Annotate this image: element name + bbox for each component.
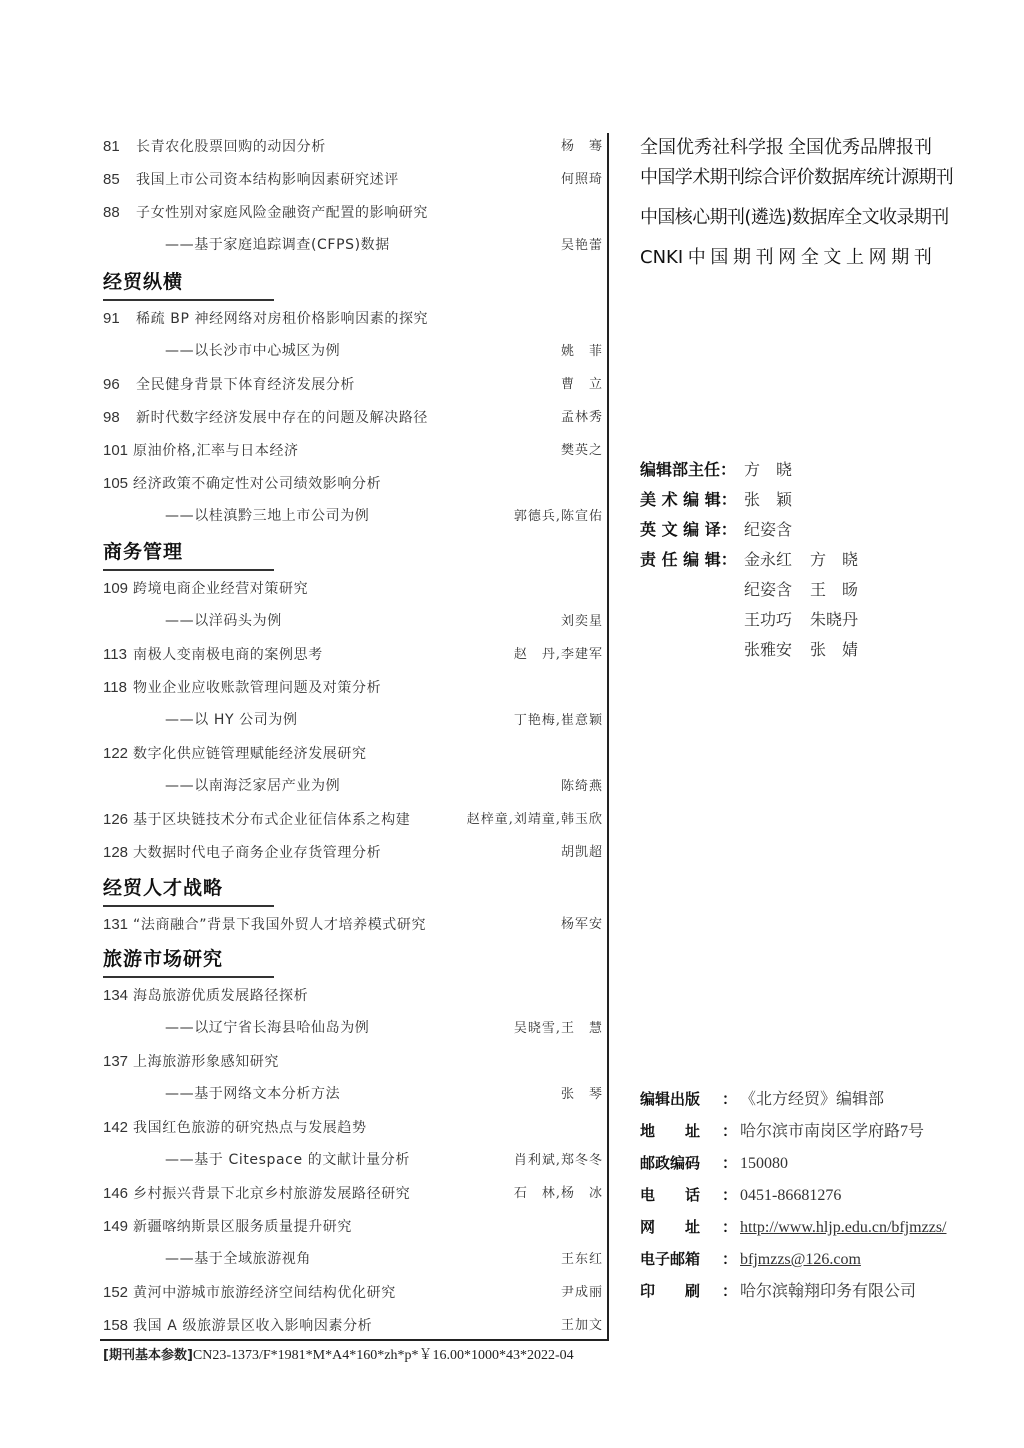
staff-name: 纪姿含 <box>744 515 810 545</box>
toc-entry[interactable]: 152黄河中游城市旅游经济空间结构优化研究 尹成丽 <box>103 1276 603 1309</box>
toc-entry[interactable]: 96全民健身背景下体育经济发展分析 曹 立 <box>103 368 603 401</box>
staff-row: 编辑部主任：方 晓 <box>640 455 810 485</box>
article-title: “法商融合”背景下我国外贸人才培养模式研究 <box>133 909 426 942</box>
parameters-label: [期刊基本参数] <box>103 1348 193 1363</box>
honor-line: 全国优秀社科学报 全国优秀品牌报刊 <box>640 133 932 163</box>
staff-role: 编辑部主任： <box>640 455 744 485</box>
publisher-row: 电子邮箱：bfjmzzs@126.com <box>640 1243 861 1275</box>
article-title: 上海旅游形象感知研究 <box>133 1046 279 1079</box>
page-number: 98 <box>103 401 136 434</box>
staff-name: 张雅安 <box>744 635 810 665</box>
article-author: 王加文 <box>561 1309 603 1342</box>
article-author: 胡凯超 <box>561 836 603 869</box>
label-colon: ： <box>722 1211 740 1243</box>
toc-entry-subtitle[interactable]: ——以辽宁省长海县哈仙岛为例 吴晓雪,王 慧 <box>103 1012 603 1045</box>
article-author: 姚 菲 <box>561 335 603 368</box>
article-subtitle: ——以长沙市中心城区为例 <box>103 335 340 368</box>
article-title: 全民健身背景下体育经济发展分析 <box>136 369 355 402</box>
honor-line: CNKI 中 国 期 刊 网 全 文 上 网 期 刊 <box>640 243 932 273</box>
toc-entry-subtitle[interactable]: ——基于网络文本分析方法 张 琴 <box>103 1078 603 1111</box>
toc-entry[interactable]: 134海岛旅游优质发展路径探析 <box>103 979 603 1012</box>
toc-entry[interactable]: 98新时代数字经济发展中存在的问题及解决路径 孟林秀 <box>103 401 603 434</box>
section-heading: 商务管理 <box>103 537 183 567</box>
article-subtitle: ——基于家庭追踪调查(CFPS)数据 <box>103 229 390 262</box>
staff-row: 英 文 编 译：纪姿含 <box>640 515 810 545</box>
page-number: 142 <box>103 1111 133 1144</box>
page-number: 128 <box>103 836 133 869</box>
printer-value: 哈尔滨翰翔印务有限公司 <box>740 1276 916 1308</box>
section-heading: 经贸纵横 <box>103 267 183 297</box>
page-number: 96 <box>103 368 136 401</box>
toc-entry[interactable]: 105经济政策不确定性对公司绩效影响分析 <box>103 467 603 500</box>
article-author: 刘奕星 <box>561 605 603 638</box>
staff-name: 张 颖 <box>744 485 810 515</box>
toc-entry[interactable]: 113南极人变南极电商的案例思考 赵 丹,李建军 <box>103 638 603 671</box>
article-author: 吴艳蕾 <box>561 229 603 262</box>
article-author: 何照琦 <box>561 163 603 196</box>
section-rule <box>103 905 274 907</box>
label-colon: ： <box>722 1147 740 1179</box>
publisher-label: 地 址 <box>640 1115 722 1147</box>
article-author: 吴晓雪,王 慧 <box>514 1012 603 1045</box>
publisher-label: 网 址 <box>640 1211 722 1243</box>
article-title: 黄河中游城市旅游经济空间结构优化研究 <box>133 1277 396 1310</box>
label-colon: ： <box>722 1275 740 1307</box>
article-author: 赵梓童,刘靖童,韩玉欣 <box>467 803 603 836</box>
article-title: 经济政策不确定性对公司绩效影响分析 <box>133 468 381 501</box>
phone-value: 0451-86681276 <box>740 1180 841 1212</box>
toc-entry[interactable]: 142我国红色旅游的研究热点与发展趋势 <box>103 1111 603 1144</box>
staff-name: 王 旸 <box>810 575 876 605</box>
toc-entry[interactable]: 118物业企业应收账款管理问题及对策分析 <box>103 671 603 704</box>
page-number: 81 <box>103 130 136 163</box>
article-author: 王东红 <box>561 1243 603 1276</box>
article-subtitle: ——以南海泛家居产业为例 <box>103 770 340 803</box>
label-colon: ： <box>722 1243 740 1275</box>
article-author: 赵 丹,李建军 <box>514 638 603 671</box>
toc-entry-subtitle[interactable]: ——以长沙市中心城区为例 姚 菲 <box>103 335 603 368</box>
article-author: 石 林,杨 冰 <box>514 1177 603 1210</box>
publisher-label: 邮政编码 <box>640 1147 722 1179</box>
page-number: 85 <box>103 163 136 196</box>
staff-row: 张雅安张 婧 <box>640 635 876 665</box>
article-title: 南极人变南极电商的案例思考 <box>133 639 323 672</box>
page-number: 105 <box>103 467 133 500</box>
staff-name: 方 晓 <box>744 455 810 485</box>
article-title: 乡村振兴背景下北京乡村旅游发展路径研究 <box>133 1178 410 1211</box>
honor-item: 全国优秀品牌报刊 <box>788 133 932 163</box>
toc-entry[interactable]: 128大数据时代电子商务企业存货管理分析 胡凯超 <box>103 836 603 869</box>
article-subtitle: ——基于 Citespace 的文献计量分析 <box>103 1144 410 1177</box>
page-number: 109 <box>103 572 133 605</box>
article-author: 樊英之 <box>561 434 603 467</box>
honor-char: 刊 <box>914 243 932 273</box>
honor-char: 期 <box>891 243 909 273</box>
staff-row: 美 术 编 辑：张 颖 <box>640 485 810 515</box>
page-number: 146 <box>103 1177 133 1210</box>
honor-line: 中国核心期刊(遴选)数据库全文收录期刊 <box>640 203 932 233</box>
publisher-row: 邮政编码：150080 <box>640 1147 788 1179</box>
article-title: 稀疏 BP 神经网络对房租价格影响因素的探究 <box>136 303 428 336</box>
toc-entry-subtitle[interactable]: ——基于家庭追踪调查(CFPS)数据 吴艳蕾 <box>103 229 603 262</box>
section-rule <box>103 299 274 301</box>
article-title: 大数据时代电子商务企业存货管理分析 <box>133 837 381 870</box>
article-title: 我国 A 级旅游景区收入影响因素分析 <box>133 1310 372 1343</box>
staff-row: 王功巧朱晓丹 <box>640 605 876 635</box>
article-author: 郭德兵,陈宣佑 <box>514 500 603 533</box>
page-number: 152 <box>103 1276 133 1309</box>
article-author: 陈绮燕 <box>561 770 603 803</box>
section-heading: 经贸人才战略 <box>103 873 223 903</box>
section-rule <box>103 976 274 978</box>
publisher-label: 电 话 <box>640 1179 722 1211</box>
toc-entry[interactable]: 101原油价格,汇率与日本经济 樊英之 <box>103 434 603 467</box>
staff-name: 纪姿含 <box>744 575 810 605</box>
staff-role: 美 术 编 辑： <box>640 485 744 515</box>
toc-entry[interactable]: 85我国上市公司资本结构影响因素研究述评 何照琦 <box>103 163 603 196</box>
page-number: 113 <box>103 638 133 671</box>
article-title: 基于区块链技术分布式企业征信体系之构建 <box>133 804 410 837</box>
article-author: 张 琴 <box>561 1078 603 1111</box>
toc-entry-subtitle[interactable]: ——以桂滇黔三地上市公司为例 郭德兵,陈宣佑 <box>103 500 603 533</box>
label-colon: ： <box>722 1115 740 1147</box>
toc-entry[interactable]: 149新疆喀纳斯景区服务质量提升研究 <box>103 1210 603 1243</box>
publisher-row: 电 话：0451-86681276 <box>640 1179 841 1211</box>
staff-name: 金永红 <box>744 545 810 575</box>
page-number: 134 <box>103 979 133 1012</box>
article-title: 新时代数字经济发展中存在的问题及解决路径 <box>136 402 428 435</box>
toc-entry[interactable]: 81长青农化股票回购的动因分析 杨 骞 <box>103 130 603 163</box>
staff-row: 纪姿含王 旸 <box>640 575 876 605</box>
staff-name: 王功巧 <box>744 605 810 635</box>
label-colon: ： <box>722 1083 740 1115</box>
article-author: 肖利斌,郑冬冬 <box>514 1144 603 1177</box>
article-subtitle: ——以桂滇黔三地上市公司为例 <box>103 500 369 533</box>
publisher-label: 印 刷 <box>640 1275 722 1307</box>
toc-entry-subtitle[interactable]: ——以南海泛家居产业为例 陈绮燕 <box>103 770 603 803</box>
article-subtitle: ——以洋码头为例 <box>103 605 282 638</box>
page-number: 122 <box>103 737 133 770</box>
journal-parameters: [期刊基本参数]CN23-1373/F*1981*M*A4*160*zh*p*￥… <box>103 1344 574 1368</box>
honor-char: 上 <box>846 243 864 273</box>
toc-entry[interactable]: 126基于区块链技术分布式企业征信体系之构建 赵梓童,刘靖童,韩玉欣 <box>103 803 603 836</box>
honor-char: 全 <box>801 243 819 273</box>
postcode-value: 150080 <box>740 1148 788 1180</box>
publisher-label: 编辑出版 <box>640 1083 722 1115</box>
article-author: 丁艳梅,崔意颖 <box>514 704 603 737</box>
staff-name: 张 婧 <box>810 635 876 665</box>
article-title: 我国上市公司资本结构影响因素研究述评 <box>136 164 399 197</box>
toc-entry-subtitle[interactable]: ——基于全域旅游视角 王东红 <box>103 1243 603 1276</box>
article-title: 原油价格,汇率与日本经济 <box>133 435 299 468</box>
article-title: 子女性别对家庭风险金融资产配置的影响研究 <box>136 197 428 230</box>
page-number: 88 <box>103 196 136 229</box>
staff-role: 英 文 编 译： <box>640 515 744 545</box>
article-author: 孟林秀 <box>561 401 603 434</box>
toc-entry[interactable]: 88子女性别对家庭风险金融资产配置的影响研究 <box>103 196 603 229</box>
honor-char: 刊 <box>756 243 774 273</box>
toc-entry[interactable]: 109跨境电商企业经营对策研究 <box>103 572 603 605</box>
article-subtitle: ——基于网络文本分析方法 <box>103 1078 340 1111</box>
publisher-value: 《北方经贸》编辑部 <box>740 1084 884 1116</box>
page-number: 158 <box>103 1309 133 1342</box>
honor-char: 国 <box>710 243 728 273</box>
publisher-row: 网 址：http://www.hljp.edu.cn/bfjmzzs/ <box>640 1211 946 1243</box>
article-title: 海岛旅游优质发展路径探析 <box>133 980 308 1013</box>
parameters-value: CN23-1373/F*1981*M*A4*160*zh*p*￥16.00*10… <box>193 1348 574 1363</box>
article-title: 我国红色旅游的研究热点与发展趋势 <box>133 1112 367 1145</box>
label-colon: ： <box>722 1179 740 1211</box>
honor-line: 中国学术期刊综合评价数据库统计源期刊 <box>640 163 932 193</box>
publisher-label: 电子邮箱 <box>640 1243 722 1275</box>
toc-entry[interactable]: 91稀疏 BP 神经网络对房租价格影响因素的探究 <box>103 302 603 335</box>
staff-role: 责 任 编 辑： <box>640 545 744 575</box>
honor-char: CNKI <box>640 243 683 273</box>
website-link[interactable]: http://www.hljp.edu.cn/bfjmzzs/ <box>740 1212 946 1244</box>
toc-entry-subtitle[interactable]: ——以洋码头为例 刘奕星 <box>103 605 603 638</box>
toc-entry[interactable]: 137上海旅游形象感知研究 <box>103 1045 603 1078</box>
article-title: 数字化供应链管理赋能经济发展研究 <box>133 738 367 771</box>
page-number: 149 <box>103 1210 133 1243</box>
staff-row: 责 任 编 辑：金永红方 晓 <box>640 545 876 575</box>
publisher-row: 地 址：哈尔滨市南岗区学府路7号 <box>640 1115 924 1147</box>
article-title: 物业企业应收账款管理问题及对策分析 <box>133 672 381 705</box>
address-value: 哈尔滨市南岗区学府路7号 <box>740 1116 924 1148</box>
honor-char: 期 <box>733 243 751 273</box>
staff-name: 朱晓丹 <box>810 605 876 635</box>
article-title: 新疆喀纳斯景区服务质量提升研究 <box>133 1211 352 1244</box>
article-author: 杨 骞 <box>561 130 603 163</box>
toc-entry-subtitle[interactable]: ——基于 Citespace 的文献计量分析 肖利斌,郑冬冬 <box>103 1144 603 1177</box>
section-heading: 旅游市场研究 <box>103 944 223 974</box>
toc-entry[interactable]: 158我国 A 级旅游景区收入影响因素分析 王加文 <box>103 1309 603 1342</box>
honor-item: 全国优秀社科学报 <box>640 133 784 163</box>
page-number: 91 <box>103 302 136 335</box>
honor-char: 网 <box>869 243 887 273</box>
honor-char: 网 <box>778 243 796 273</box>
column-divider-vertical <box>607 133 609 1341</box>
toc-entry-subtitle[interactable]: ——以 HY 公司为例 丁艳梅,崔意颖 <box>103 704 603 737</box>
email-link[interactable]: bfjmzzs@126.com <box>740 1244 861 1276</box>
page-number: 101 <box>103 434 133 467</box>
page-number: 131 <box>103 908 133 941</box>
article-title: 跨境电商企业经营对策研究 <box>133 573 308 606</box>
staff-name: 方 晓 <box>810 545 876 575</box>
page-number: 126 <box>103 803 133 836</box>
honor-char: 中 <box>688 243 706 273</box>
article-title: 长青农化股票回购的动因分析 <box>136 131 326 164</box>
article-subtitle: ——以辽宁省长海县哈仙岛为例 <box>103 1012 369 1045</box>
section-rule <box>103 569 274 571</box>
article-subtitle: ——基于全域旅游视角 <box>103 1243 311 1276</box>
publisher-row: 印 刷：哈尔滨翰翔印务有限公司 <box>640 1275 916 1307</box>
honor-char: 文 <box>823 243 841 273</box>
article-author: 尹成丽 <box>561 1276 603 1309</box>
toc-entry[interactable]: 122数字化供应链管理赋能经济发展研究 <box>103 737 603 770</box>
page-number: 118 <box>103 671 133 704</box>
publisher-row: 编辑出版：《北方经贸》编辑部 <box>640 1083 884 1115</box>
article-subtitle: ——以 HY 公司为例 <box>103 704 298 737</box>
article-author: 曹 立 <box>561 368 603 401</box>
toc-entry[interactable]: 146乡村振兴背景下北京乡村旅游发展路径研究 石 林,杨 冰 <box>103 1177 603 1210</box>
toc-entry[interactable]: 131“法商融合”背景下我国外贸人才培养模式研究 杨军安 <box>103 908 603 941</box>
page-number: 137 <box>103 1045 133 1078</box>
article-author: 杨军安 <box>561 908 603 941</box>
